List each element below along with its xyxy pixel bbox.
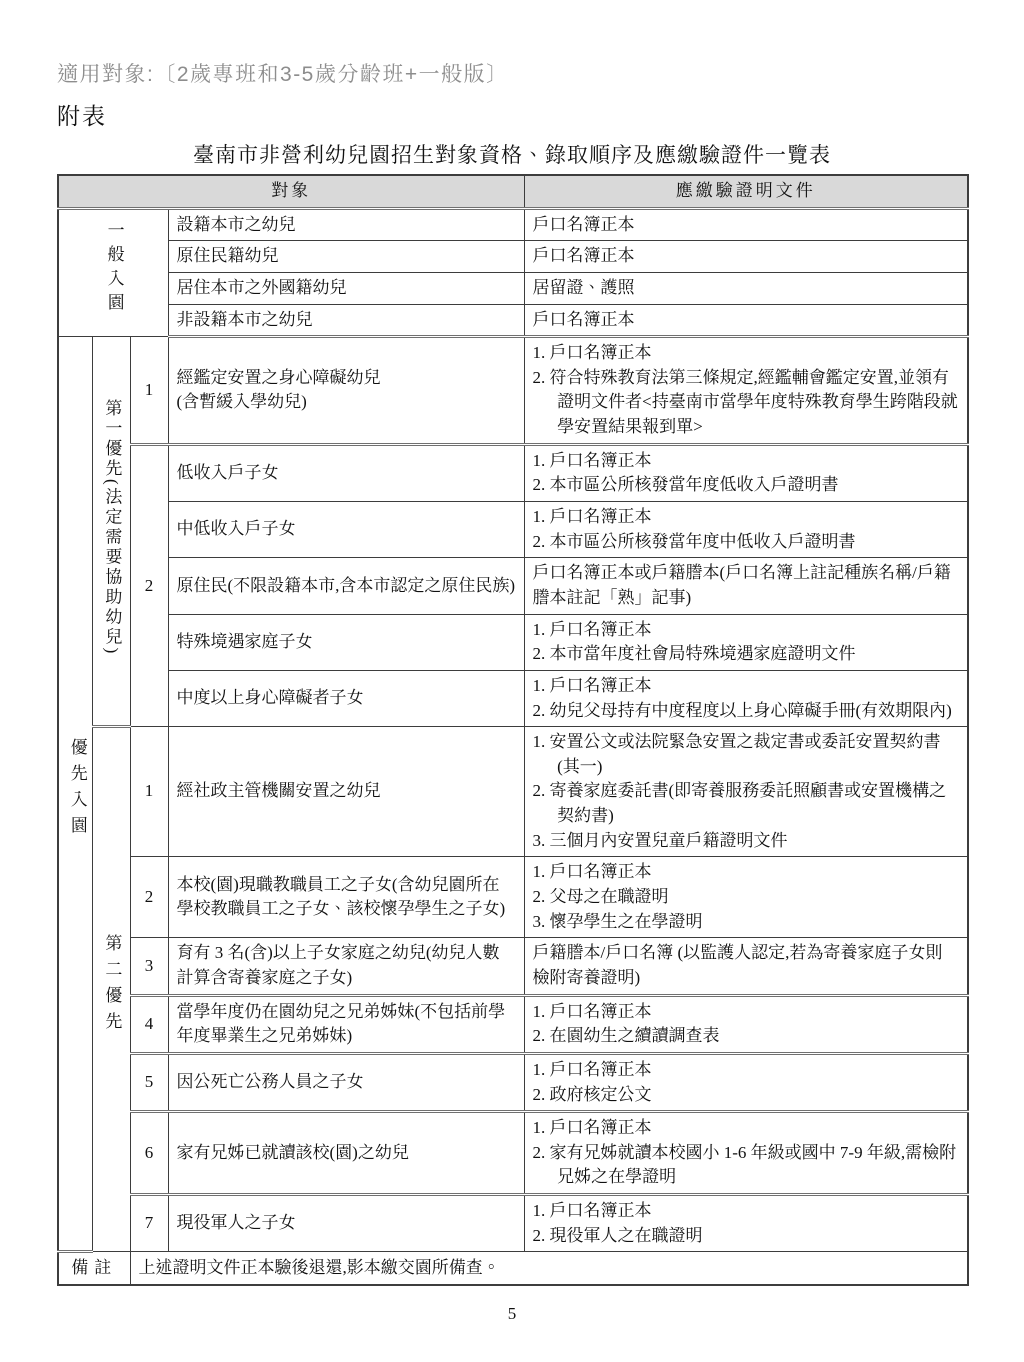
table-row: 2 本校(園)現職教職員工之子女(含幼兒園所在學校教職員工之子女、該校懷孕學生之… — [58, 857, 968, 938]
priority-label: 優先入園 — [58, 337, 92, 1252]
doc-line: 2. 在園幼生之續讀調查表 — [533, 1024, 960, 1049]
doc-line: 3. 懷孕學生之在學證明 — [533, 910, 960, 935]
docs-cell: 1. 戶口名簿正本2. 本市區公所核發當年度低收入戶證明書 — [524, 444, 968, 501]
table-row: 7 現役軍人之子女 1. 戶口名簿正本2. 現役軍人之在職證明 — [58, 1195, 968, 1252]
docs-cell: 戶口名簿正本 — [524, 208, 968, 241]
note-text: 上述證明文件正本驗後退還,影本繳交園所備查。 — [130, 1252, 968, 1285]
table-row: 特殊境遇家庭子女 1. 戶口名簿正本2. 本市當年度社會局特殊境遇家庭證明文件 — [58, 614, 968, 670]
item-cell: 經鑑定安置之身心障礙幼兒 (含暫緩入學幼兒) — [168, 337, 524, 445]
item-cell: 經社政主管機關安置之幼兒 — [168, 727, 524, 857]
priority-number: 2 — [130, 857, 168, 938]
table-row: 6 家有兄姊已就讀該校(園)之幼兒 1. 戶口名簿正本2. 家有兄姊就讀本校國小… — [58, 1112, 968, 1195]
doc-line: 戶口名簿正本 — [533, 244, 960, 269]
page-content: 適用對象:〔2歲專班和3-5歲分齡班+一般版〕 附表 臺南市非營利幼兒園招生對象… — [0, 0, 1024, 1324]
docs-cell: 戶口名簿正本 — [524, 304, 968, 337]
doc-line: 2. 本市區公所核發當年度中低收入戶證明書 — [533, 530, 960, 555]
doc-line: 3. 三個月內安置兒童戶籍證明文件 — [533, 829, 960, 854]
item-cell: 育有 3 名(含)以上子女家庭之幼兒(幼兒人數計算含寄養家庭之子女) — [168, 938, 524, 995]
item-cell: 因公死亡公務人員之子女 — [168, 1053, 524, 1111]
item-cell: 低收入戶子女 — [168, 444, 524, 501]
priority-number: 5 — [130, 1053, 168, 1111]
first-priority-label-text: 第一優先(法定需要協助幼兒) — [102, 399, 121, 656]
docs-cell: 戶口名簿正本或戶籍謄本(戶口名簿上註記種族名稱/戶籍謄本註記「熟」記事) — [524, 558, 968, 614]
first-priority-label: 第一優先(法定需要協助幼兒) — [92, 337, 130, 727]
priority-number: 3 — [130, 938, 168, 995]
table-row: 2 低收入戶子女 1. 戶口名簿正本2. 本市區公所核發當年度低收入戶證明書 — [58, 444, 968, 501]
doc-line: 2. 政府核定公文 — [533, 1083, 960, 1108]
doc-line: 1. 安置公文或法院緊急安置之裁定書或委託安置契約書(其一) — [533, 730, 960, 779]
table-row: 第二優先 1 經社政主管機關安置之幼兒 1. 安置公文或法院緊急安置之裁定書或委… — [58, 727, 968, 857]
item-cell: 中度以上身心障礙者子女 — [168, 670, 524, 726]
remark-row: 備註 上述證明文件正本驗後退還,影本繳交園所備查。 — [58, 1252, 968, 1285]
item-cell: 非設籍本市之幼兒 — [168, 304, 524, 337]
table-header-row: 對象 應繳驗證明文件 — [58, 175, 968, 208]
second-priority-label: 第二優先 — [92, 727, 130, 1252]
doc-line: 1. 戶口名簿正本 — [533, 860, 960, 885]
table-row: 原住民(不限設籍本市,含本市認定之原住民族) 戶口名簿正本或戶籍謄本(戶口名簿上… — [58, 558, 968, 614]
priority-number: 2 — [130, 444, 168, 726]
docs-cell: 1. 戶口名簿正本2. 在園幼生之續讀調查表 — [524, 995, 968, 1053]
header-subject: 對象 — [58, 175, 524, 208]
docs-cell: 1. 戶口名簿正本2. 現役軍人之在職證明 — [524, 1195, 968, 1252]
doc-line: 2. 家有兄姊就讀本校國小 1-6 年級或國中 7-9 年級,需檢附兄姊之在學證… — [533, 1141, 960, 1190]
docs-cell: 1. 安置公文或法院緊急安置之裁定書或委託安置契約書(其一)2. 寄養家庭委託書… — [524, 727, 968, 857]
page-number: 5 — [57, 1304, 967, 1324]
docs-cell: 1. 戶口名簿正本2. 父母之在職證明3. 懷孕學生之在學證明 — [524, 857, 968, 938]
doc-line: 2. 父母之在職證明 — [533, 885, 960, 910]
doc-line: 1. 戶口名簿正本 — [533, 505, 960, 530]
table-row: 一般入園 設籍本市之幼兒 戶口名簿正本 — [58, 208, 968, 241]
doc-line: 1. 戶口名簿正本 — [533, 1058, 960, 1083]
doc-line: 1. 戶口名簿正本 — [533, 449, 960, 474]
doc-line: 戶口名簿正本 — [533, 213, 960, 238]
doc-line: 戶口名簿正本 — [533, 308, 960, 333]
item-cell: 設籍本市之幼兒 — [168, 208, 524, 241]
table-row: 3 育有 3 名(含)以上子女家庭之幼兒(幼兒人數計算含寄養家庭之子女) 戶籍謄… — [58, 938, 968, 995]
docs-cell: 居留證、護照 — [524, 272, 968, 304]
priority-number: 1 — [130, 727, 168, 857]
table-row: 5 因公死亡公務人員之子女 1. 戶口名簿正本2. 政府核定公文 — [58, 1053, 968, 1111]
doc-line: 2. 現役軍人之在職證明 — [533, 1224, 960, 1249]
doc-line: 2. 寄養家庭委託書(即寄養服務委託照顧書或安置機構之契約書) — [533, 779, 960, 828]
priority-label-text: 優先入園 — [67, 738, 86, 842]
item-cell: 本校(園)現職教職員工之子女(含幼兒園所在學校教職員工之子女、該校懷孕學生之子女… — [168, 857, 524, 938]
docs-cell: 1. 戶口名簿正本2. 本市區公所核發當年度中低收入戶證明書 — [524, 502, 968, 558]
docs-cell: 戶籍謄本/戶口名簿 (以監護人認定,若為寄養家庭子女則檢附寄養證明) — [524, 938, 968, 995]
doc-line: 1. 戶口名簿正本 — [533, 1000, 960, 1025]
doc-line: 1. 戶口名簿正本 — [533, 341, 960, 366]
header-documents: 應繳驗證明文件 — [524, 175, 968, 208]
table-row: 優先入園 第一優先(法定需要協助幼兒) 1 經鑑定安置之身心障礙幼兒 (含暫緩入… — [58, 337, 968, 445]
table-row: 原住民籍幼兒 戶口名簿正本 — [58, 241, 968, 273]
attachment-label: 附表 — [57, 98, 967, 131]
doc-line: 戶口名簿正本或戶籍謄本(戶口名簿上註記種族名稱/戶籍謄本註記「熟」記事) — [533, 561, 960, 610]
doc-line: 2. 幼兒父母持有中度程度以上身心障礙手冊(有效期限內) — [533, 699, 960, 724]
doc-line: 2. 本市區公所核發當年度低收入戶證明書 — [533, 473, 960, 498]
item-cell: 當學年度仍在園幼兒之兄弟姊妹(不包括前學年度畢業生之兄弟姊妹) — [168, 995, 524, 1053]
docs-cell: 1. 戶口名簿正本2. 家有兄姊就讀本校國小 1-6 年級或國中 7-9 年級,… — [524, 1112, 968, 1195]
table-row: 中度以上身心障礙者子女 1. 戶口名簿正本2. 幼兒父母持有中度程度以上身心障礙… — [58, 670, 968, 726]
priority-number: 4 — [130, 995, 168, 1053]
table-row: 4 當學年度仍在園幼兒之兄弟姊妹(不包括前學年度畢業生之兄弟姊妹) 1. 戶口名… — [58, 995, 968, 1053]
table-row: 中低收入戶子女 1. 戶口名簿正本2. 本市區公所核發當年度中低收入戶證明書 — [58, 502, 968, 558]
item-cell: 原住民籍幼兒 — [168, 241, 524, 273]
priority-number: 6 — [130, 1112, 168, 1195]
table-title: 臺南市非營利幼兒園招生對象資格、錄取順序及應繳驗證件一覽表 — [57, 139, 967, 169]
item-cell: 家有兄姊已就讀該校(園)之幼兒 — [168, 1112, 524, 1195]
priority-number: 1 — [130, 337, 168, 445]
item-cell: 特殊境遇家庭子女 — [168, 614, 524, 670]
doc-line: 戶籍謄本/戶口名簿 (以監護人認定,若為寄養家庭子女則檢附寄養證明) — [533, 941, 960, 990]
docs-cell: 1. 戶口名簿正本2. 本市當年度社會局特殊境遇家庭證明文件 — [524, 614, 968, 670]
doc-line: 1. 戶口名簿正本 — [533, 618, 960, 643]
doc-line: 1. 戶口名簿正本 — [533, 674, 960, 699]
table-row: 非設籍本市之幼兒 戶口名簿正本 — [58, 304, 968, 337]
general-label-text: 一般入園 — [104, 221, 123, 317]
doc-line: 居留證、護照 — [533, 276, 960, 301]
item-cell: 居住本市之外國籍幼兒 — [168, 272, 524, 304]
doc-line: 1. 戶口名簿正本 — [533, 1199, 960, 1224]
applicable-note: 適用對象:〔2歲專班和3-5歲分齡班+一般版〕 — [57, 58, 967, 88]
item-cell: 原住民(不限設籍本市,含本市認定之原住民族) — [168, 558, 524, 614]
doc-line: 2. 符合特殊教育法第三條規定,經鑑輔會鑑定安置,並領有證明文件者<持臺南市當學… — [533, 366, 960, 440]
note-label: 備註 — [58, 1252, 130, 1285]
item-cell: 中低收入戶子女 — [168, 502, 524, 558]
docs-cell: 1. 戶口名簿正本2. 幼兒父母持有中度程度以上身心障礙手冊(有效期限內) — [524, 670, 968, 726]
priority-number: 7 — [130, 1195, 168, 1252]
second-priority-label-text: 第二優先 — [102, 934, 121, 1038]
docs-cell: 1. 戶口名簿正本2. 政府核定公文 — [524, 1053, 968, 1111]
docs-cell: 1. 戶口名簿正本2. 符合特殊教育法第三條規定,經鑑輔會鑑定安置,並領有證明文… — [524, 337, 968, 445]
admission-table: 對象 應繳驗證明文件 一般入園 設籍本市之幼兒 戶口名簿正本 原住民籍幼兒 戶口… — [57, 174, 969, 1286]
table-row: 居住本市之外國籍幼兒 居留證、護照 — [58, 272, 968, 304]
general-label: 一般入園 — [58, 208, 168, 337]
item-cell: 現役軍人之子女 — [168, 1195, 524, 1252]
doc-line: 2. 本市當年度社會局特殊境遇家庭證明文件 — [533, 642, 960, 667]
docs-cell: 戶口名簿正本 — [524, 241, 968, 273]
doc-line: 1. 戶口名簿正本 — [533, 1116, 960, 1141]
